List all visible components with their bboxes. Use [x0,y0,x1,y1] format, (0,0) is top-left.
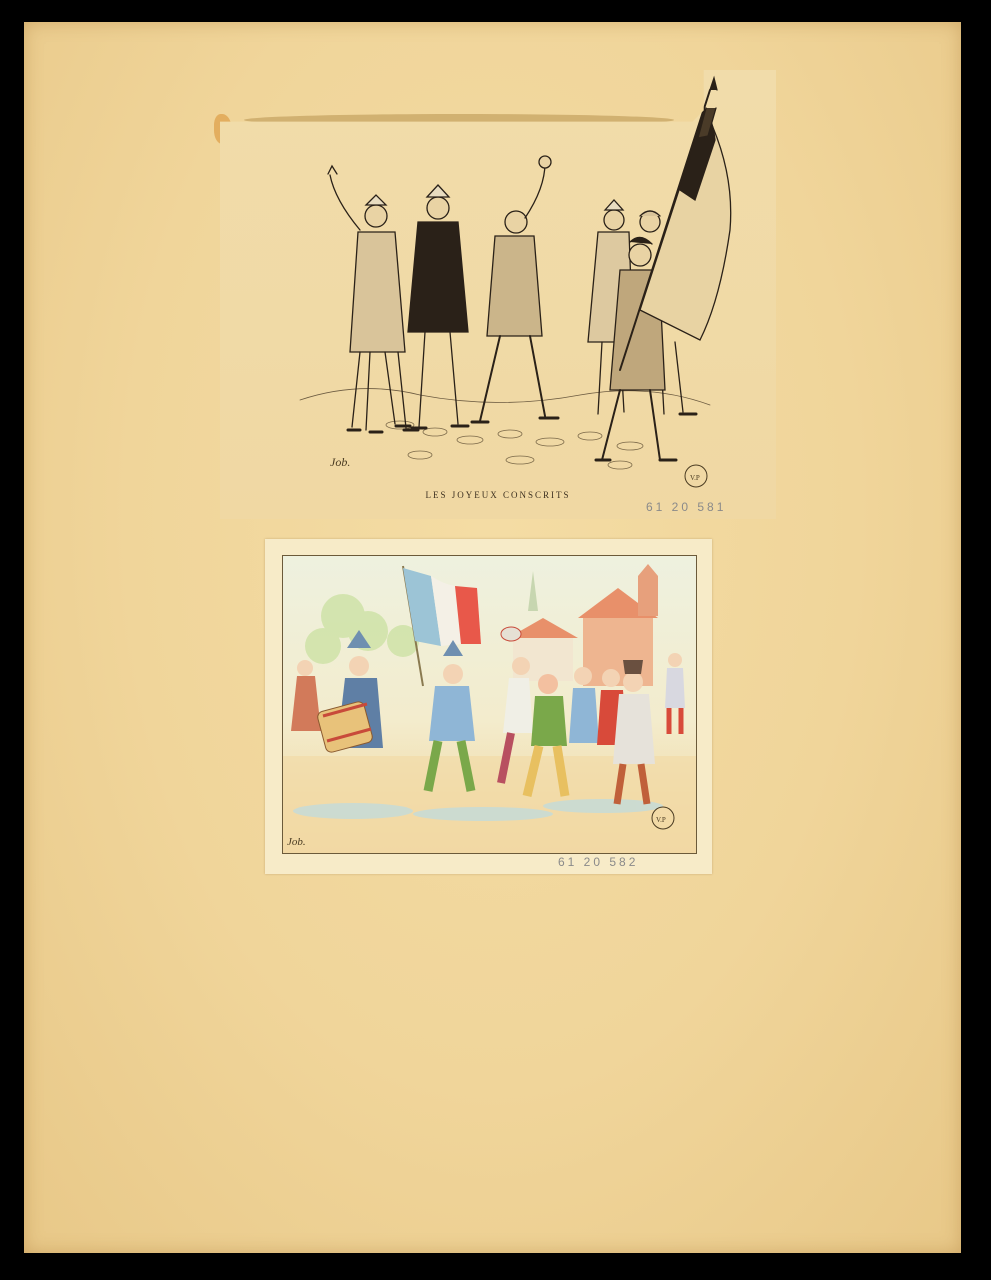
inventory-number-top: 61 20 581 [646,500,726,514]
bottom-color-print: V.P Job. [265,539,712,874]
artist-signature-bottom: Job. [287,836,306,848]
svg-text:V.P: V.P [656,816,666,824]
artist-signature: Job. [330,455,350,470]
top-engraving-print: V.P Job. LES JOYEUX CONSCRITS [220,70,776,519]
album-mount-page: V.P Job. LES JOYEUX CONSCRITS 61 20 581 [24,22,961,1253]
svg-text:V.P: V.P [690,474,700,482]
print-caption: LES JOYEUX CONSCRITS [220,490,776,500]
conscripts-engraving-illustration: V.P [220,70,776,519]
inventory-number-bottom: 61 20 582 [558,855,638,869]
print-frame: V.P Job. [282,555,697,854]
children-parade-illustration: V.P [283,556,696,853]
